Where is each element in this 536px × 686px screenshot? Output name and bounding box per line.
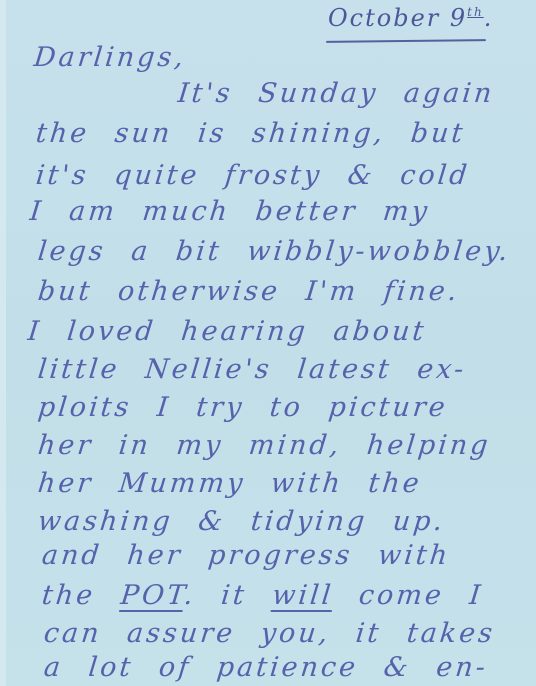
letter-line-5: legs a bit wibbly-wobbley.: [36, 236, 512, 267]
line-14-mid: . it: [183, 580, 274, 611]
letter-line-14: the POT. it will come I: [40, 580, 484, 611]
line-14-pre: the: [40, 580, 122, 611]
handwritten-letter: October 9th. Darlings, It's Sunday again…: [0, 0, 536, 686]
letter-line-6: but otherwise I'm fine.: [36, 276, 461, 307]
letter-line-15: can assure you, it takes: [42, 618, 496, 649]
letter-date: October 9th.: [328, 4, 493, 32]
letter-line-4: I am much better my: [28, 196, 431, 227]
letter-line-16: a lot of patience & en-: [42, 652, 489, 683]
letter-line-10: her in my mind, helping: [36, 430, 492, 461]
date-text: October 9: [328, 4, 467, 32]
letter-line-9: ploits I try to picture: [36, 392, 449, 423]
letter-line-3: it's quite frosty & cold: [34, 160, 471, 191]
salutation: Darlings,: [32, 42, 187, 73]
letter-line-13: and her progress with: [40, 540, 451, 571]
letter-line-11: her Mummy with the: [36, 468, 423, 499]
underlined-will: will: [271, 580, 335, 611]
date-underline: [326, 39, 486, 43]
letter-line-2: the sun is shining, but: [34, 118, 467, 149]
letter-line-7: I loved hearing about: [26, 316, 428, 347]
line-14-post: come I: [332, 580, 485, 611]
letter-line-12: washing & tidying up.: [36, 506, 446, 537]
underlined-pot: POT: [119, 580, 186, 611]
letter-line-1: It's Sunday again: [176, 78, 496, 109]
letter-line-8: little Nellie's latest ex-: [36, 354, 467, 385]
date-suffix: th: [467, 5, 484, 19]
